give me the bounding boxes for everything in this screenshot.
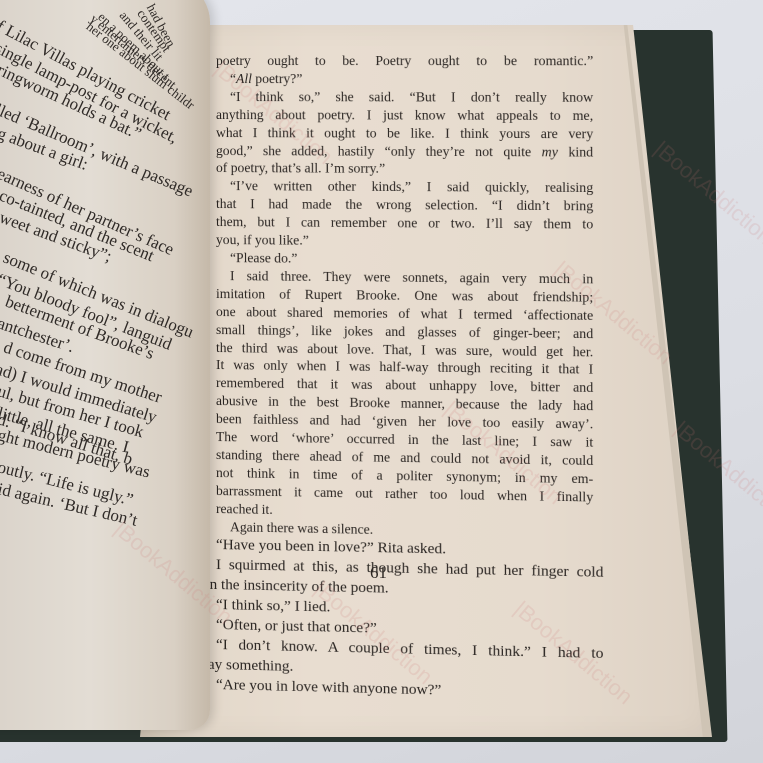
right-page-text: poetry ought to be. Poetry ought to be r… [216, 52, 593, 705]
text-line: what I think it ought to be like. I thin… [216, 124, 593, 143]
text-line: “All poetry?” [216, 70, 593, 88]
text-line: “I’ve written other kinds,” I said quick… [216, 177, 593, 197]
text-line: that I had made the wrong selection. “I … [216, 195, 593, 215]
photo-scene: poetry ought to be. Poetry ought to be r… [0, 0, 763, 763]
left-page-text: had been contempt and their lit en a poe… [0, 0, 200, 540]
page-number: 61 [370, 563, 387, 583]
text-line: good,” she added, hastily “only they’re … [216, 142, 593, 161]
text-line: “I think so,” she said. “But I don’t rea… [216, 88, 593, 107]
right-page-text-lower: “Have you been in love?” Rita asked. I s… [202, 535, 603, 705]
text-line: poetry ought to be. Poetry ought to be r… [216, 52, 593, 70]
text-line: anything about poetry. I just know what … [216, 106, 593, 125]
text-line: of poetry, that’s all. I’m sorry.” [216, 159, 593, 179]
